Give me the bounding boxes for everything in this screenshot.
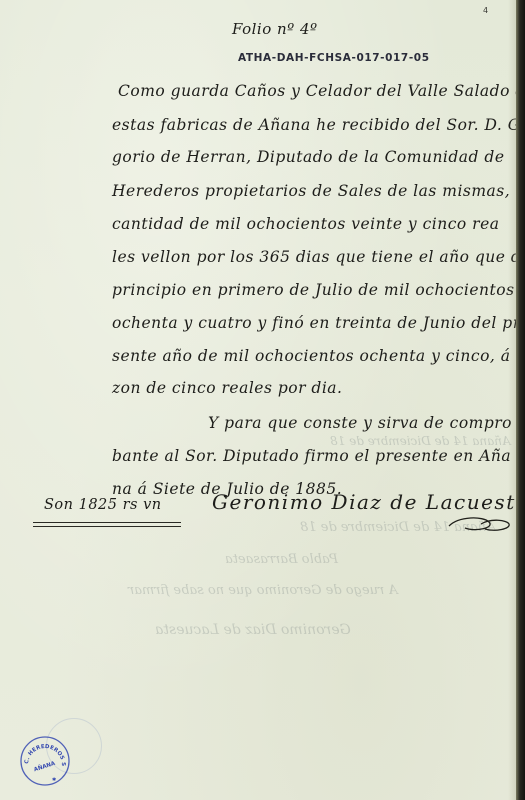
body-line: zon de cinco reales por dia. (112, 379, 342, 397)
closing-line: Y para que conste y sirva de compro (208, 414, 512, 432)
sum-underline (33, 522, 181, 527)
bleed-through-line: A ruego de Geronimo que no sabe firmar (128, 583, 398, 598)
body-line: les vellon por los 365 dias que tiene el… (112, 248, 525, 266)
signature-flourish-icon (445, 512, 515, 534)
body-line: ochenta y cuatro y finó en treinta de Ju… (112, 314, 525, 332)
body-line: cantidad de mil ochocientos veinte y cin… (112, 215, 500, 233)
body-line: principio en primero de Julio de mil och… (112, 281, 515, 299)
svg-text:AÑANA: AÑANA (33, 760, 57, 774)
signature: Geronimo Diaz de Lacuesta (212, 490, 525, 514)
binding-edge (516, 0, 525, 800)
bleed-through-line: Geronimo Diaz de Lacuesta (155, 622, 351, 638)
svg-text:C. HEREDEROS SALINAS: C. HEREDEROS SALINAS (19, 735, 66, 766)
sum-note: Son 1825 rs vn (44, 497, 162, 513)
body-line: sente año de mil ochocientos ochenta y c… (112, 347, 525, 365)
folio-heading: Folio nº 4º (232, 20, 318, 38)
page-number: 4 (483, 6, 488, 15)
binding-shadow (508, 0, 516, 800)
closing-line: bante al Sor. Diputado firmo el presente… (112, 447, 511, 465)
body-line: Como guarda Caños y Celador del Valle Sa… (118, 82, 525, 100)
bleed-through-line: Añana 14 de Diciembre de 18 (330, 434, 511, 448)
body-line: Herederos propietarios de Sales de las m… (112, 182, 525, 200)
body-line: gorio de Herran, Diputado de la Comunida… (112, 148, 505, 166)
heritage-stamp-icon: C. HEREDEROS SALINAS AÑANA ✱ (19, 735, 71, 787)
document-page: 4 Folio nº 4º ATHA-DAH-FCHSA-017-017-05 … (0, 0, 516, 800)
archive-reference-code: ATHA-DAH-FCHSA-017-017-05 (238, 52, 430, 64)
body-line: estas fabricas de Añana he recibido del … (112, 116, 525, 134)
bleed-through-line: Pablo Barrasaeta (225, 552, 338, 567)
